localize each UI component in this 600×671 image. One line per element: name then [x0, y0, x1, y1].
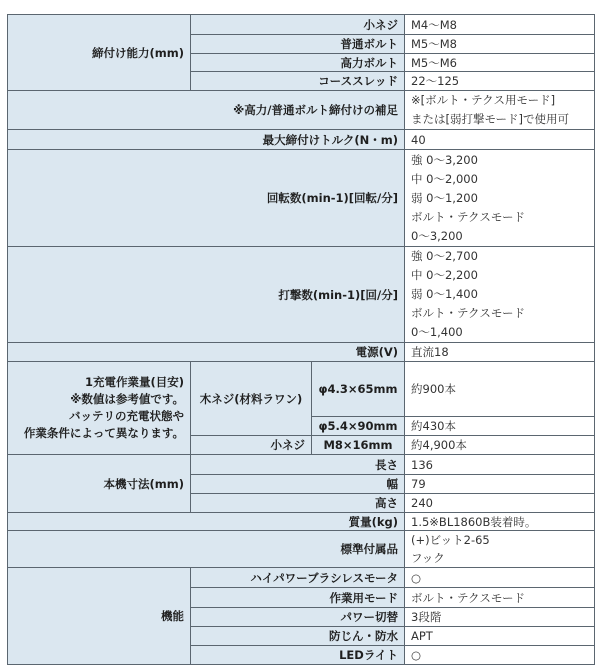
spec-row-fastening-small-screw: 締付け能力(mm) 小ネジ M4〜M8: [8, 15, 595, 35]
dimensions-label: 本機寸法(mm): [8, 455, 191, 513]
wood-screw-label: 木ネジ(材料ラワン): [191, 362, 312, 436]
rotation-line: 弱 0〜1,200: [411, 189, 588, 208]
spec-row-max-torque: 最大締付けトルク(N・m) 40: [8, 130, 595, 150]
feature-brushless-motor-label: ハイパワーブラシレスモータ: [191, 568, 405, 588]
feature-work-mode-value: ボルト・テクスモード: [405, 588, 595, 608]
spec-table: 締付け能力(mm) 小ネジ M4〜M8 普通ボルト M5〜M8 高力ボルト M5…: [7, 14, 595, 665]
impact-line: 強 0〜2,700: [411, 247, 588, 266]
wood-screw-size-65: φ4.3×65mm: [312, 362, 405, 417]
feature-work-mode-label: 作業用モード: [191, 588, 405, 608]
dimension-height-label: 高さ: [191, 494, 405, 513]
feature-power-switch-label: パワー切替: [191, 608, 405, 627]
fastening-high-strength-bolt-label: 高力ボルト: [191, 54, 405, 72]
impact-line: 中 0〜2,200: [411, 266, 588, 285]
work-volume-label: 1充電作業量(目安) ※数値は参考値です。 バッテリの充電状態や 作業条件によっ…: [8, 362, 191, 455]
bolt-note-line: または[弱打撃モード]で使用可: [411, 110, 588, 129]
fastening-normal-bolt-label: 普通ボルト: [191, 35, 405, 54]
dimension-width-label: 幅: [191, 475, 405, 494]
spec-row-feature-brushless-motor: 機能 ハイパワーブラシレスモータ ○: [8, 568, 595, 588]
fastening-normal-bolt-value: M5〜M8: [405, 35, 595, 54]
work-volume-label-line: 作業条件によって異なります。: [14, 425, 184, 442]
impact-value: 強 0〜2,700 中 0〜2,200 弱 0〜1,400 ボルト・テクスモード…: [405, 247, 595, 343]
impact-line: ボルト・テクスモード: [411, 304, 588, 323]
impact-label: 打撃数(min-1)[回/分]: [8, 247, 405, 343]
weight-label: 質量(kg): [8, 513, 405, 531]
machine-screw-value: 約4,900本: [405, 436, 595, 455]
work-volume-label-line: ※数値は参考値です。: [14, 391, 184, 408]
spec-row-work-volume-wood-65: 1充電作業量(目安) ※数値は参考値です。 バッテリの充電状態や 作業条件によっ…: [8, 362, 595, 417]
rotation-line: 中 0〜2,000: [411, 170, 588, 189]
spec-row-power: 電源(V) 直流18: [8, 343, 595, 362]
fastening-coarse-thread-label: コーススレッド: [191, 72, 405, 91]
feature-dust-water-value: APT: [405, 627, 595, 646]
rotation-label: 回転数(min-1)[回転/分]: [8, 150, 405, 247]
max-torque-label: 最大締付けトルク(N・m): [8, 130, 405, 150]
bolt-note-label: ※高力/普通ボルト締付けの補足: [8, 91, 405, 130]
feature-led-light-label: LEDライト: [191, 646, 405, 665]
wood-screw-size-90: φ5.4×90mm: [312, 417, 405, 436]
spec-row-impact: 打撃数(min-1)[回/分] 強 0〜2,700 中 0〜2,200 弱 0〜…: [8, 247, 595, 343]
spec-row-weight: 質量(kg) 1.5※BL1860B装着時。: [8, 513, 595, 531]
power-label: 電源(V): [8, 343, 405, 362]
spec-row-accessories: 標準付属品 (+)ビット2-65 フック: [8, 531, 595, 568]
wood-screw-value-65: 約900本: [405, 362, 595, 417]
dimension-height-value: 240: [405, 494, 595, 513]
fastening-small-screw-label: 小ネジ: [191, 15, 405, 35]
bolt-note-value: ※[ボルト・テクス用モード] または[弱打撃モード]で使用可: [405, 91, 595, 130]
dimension-width-value: 79: [405, 475, 595, 494]
accessory-line: フック: [411, 549, 588, 567]
dimension-length-label: 長さ: [191, 455, 405, 475]
rotation-line: 強 0〜3,200: [411, 151, 588, 170]
work-volume-label-line: バッテリの充電状態や: [14, 408, 184, 425]
dimension-length-value: 136: [405, 455, 595, 475]
spec-row-bolt-note: ※高力/普通ボルト締付けの補足 ※[ボルト・テクス用モード] または[弱打撃モー…: [8, 91, 595, 130]
power-value: 直流18: [405, 343, 595, 362]
bolt-note-line: ※[ボルト・テクス用モード]: [411, 91, 588, 110]
feature-power-switch-value: 3段階: [405, 608, 595, 627]
rotation-line: ボルト・テクスモード: [411, 208, 588, 227]
features-label: 機能: [8, 568, 191, 665]
impact-line: 0〜1,400: [411, 323, 588, 342]
feature-led-light-value: ○: [405, 646, 595, 665]
feature-brushless-motor-value: ○: [405, 568, 595, 588]
feature-dust-water-label: 防じん・防水: [191, 627, 405, 646]
wood-screw-value-90: 約430本: [405, 417, 595, 436]
fastening-high-strength-bolt-value: M5〜M6: [405, 54, 595, 72]
spec-row-dimension-length: 本機寸法(mm) 長さ 136: [8, 455, 595, 475]
work-volume-label-line: 1充電作業量(目安): [14, 374, 184, 391]
rotation-line: 0〜3,200: [411, 227, 588, 246]
accessories-value: (+)ビット2-65 フック: [405, 531, 595, 568]
machine-screw-label: 小ネジ: [191, 436, 312, 455]
machine-screw-size: M8×16mm: [312, 436, 405, 455]
fastening-coarse-thread-value: 22〜125: [405, 72, 595, 91]
accessory-line: (+)ビット2-65: [411, 531, 588, 549]
spec-row-rotation: 回転数(min-1)[回転/分] 強 0〜3,200 中 0〜2,000 弱 0…: [8, 150, 595, 247]
max-torque-value: 40: [405, 130, 595, 150]
fastening-small-screw-value: M4〜M8: [405, 15, 595, 35]
weight-value: 1.5※BL1860B装着時。: [405, 513, 595, 531]
fastening-capacity-label: 締付け能力(mm): [8, 15, 191, 91]
rotation-value: 強 0〜3,200 中 0〜2,000 弱 0〜1,200 ボルト・テクスモード…: [405, 150, 595, 247]
impact-line: 弱 0〜1,400: [411, 285, 588, 304]
accessories-label: 標準付属品: [8, 531, 405, 568]
